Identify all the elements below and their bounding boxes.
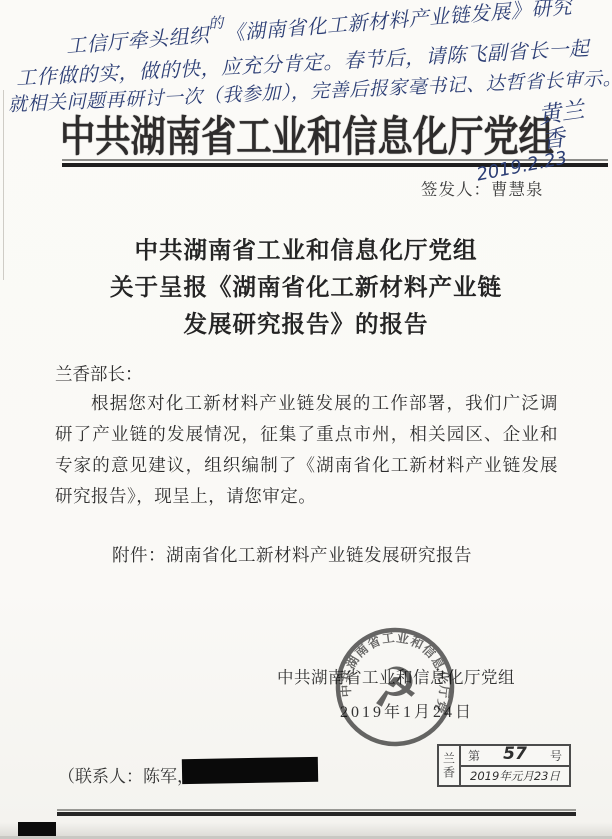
attachment-line: 附件：湖南省化工新材料产业链发展研究报告 [112, 542, 472, 567]
receipt-number-suffix: 号 [550, 747, 562, 764]
receipt-stamp-recipient: 兰香 [439, 746, 461, 785]
document-title: 中共湖南省工业和信息化厅党组 关于呈报《湖南省化工新材料产业链 发展研究报告》的… [0, 233, 612, 344]
receipt-stamp-right: 第 57 号 2019年元月23日 [461, 746, 569, 785]
receipt-stamp-date: 2019年元月23日 [461, 767, 569, 786]
document-title-line-1: 中共湖南省工业和信息化厅党组 [0, 233, 612, 270]
official-round-seal: 中共湖南省工业和信息化厅党组 ☭ [331, 623, 459, 751]
receipt-stamp-number-row: 第 57 号 [461, 746, 569, 767]
redaction-box-bottom-left [18, 822, 56, 836]
document-title-line-2: 关于呈报《湖南省化工新材料产业链 [0, 270, 612, 307]
redaction-box-phone [182, 757, 318, 784]
annotation-inserted-char: 的 [208, 14, 225, 33]
footer-rule-thin [57, 809, 576, 811]
salutation: 兰香部长： [55, 361, 143, 386]
body-paragraph: 根据您对化工新材料产业链发展的工作部署，我们广泛调研了产业链的发展情况，征集了重… [55, 388, 558, 512]
receipt-stamp-box: 兰香 第 57 号 2019年元月23日 [437, 744, 571, 787]
receipt-number-prefix: 第 [468, 747, 480, 764]
issuer-name: 曹慧泉 [491, 180, 544, 199]
scanned-document-page: 工信厅牵头组织的《湖南省化工新材料产业链发展》研究 工作做的实，做的快，应充分肯… [0, 0, 612, 839]
handwritten-signature: 黄兰香 [537, 96, 607, 154]
footer-rule-thick [57, 812, 576, 816]
letterhead-org-name: 中共湖南省工业和信息化厅党组 [60, 104, 554, 164]
document-title-line-3: 发展研究报告》的报告 [0, 307, 612, 344]
hammer-sickle-icon: ☭ [369, 655, 421, 720]
contact-line: （联系人：陈军， [58, 762, 194, 787]
receipt-number-value: 57 [503, 744, 527, 764]
